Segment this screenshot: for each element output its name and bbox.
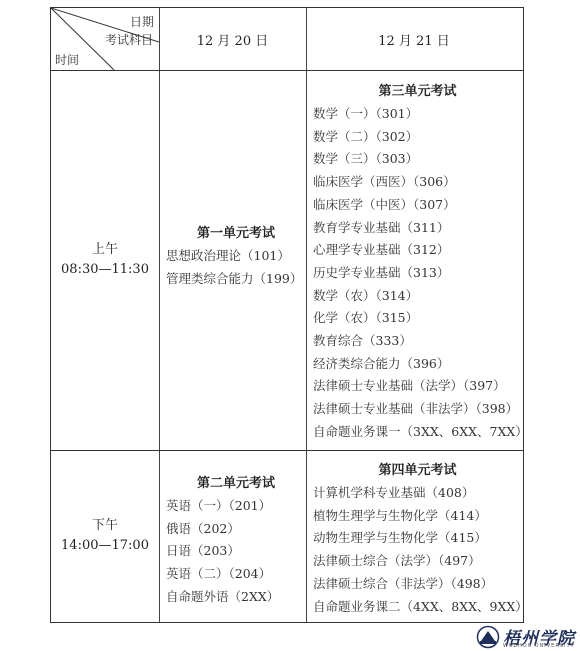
subject-item: 数学（二）（302） xyxy=(313,126,522,149)
subject-item: 自命题业务课一（3XX、6XX、7XX） xyxy=(313,421,522,444)
subject-item: 植物生理学与生物化学（414） xyxy=(313,505,522,528)
unit-title: 第二单元考试 xyxy=(166,473,306,495)
unit-title: 第一单元考试 xyxy=(166,223,306,245)
subject-item: 临床医学（西医）（306） xyxy=(313,171,522,194)
time-range: 14:00—17:00 xyxy=(61,536,149,556)
watermark-subtitle: WUZHOU UNIVERSITY xyxy=(503,643,575,649)
unit-1-cell: 第一单元考试 思想政治理论（101） 管理类综合能力（199） xyxy=(159,223,306,290)
subject-item: 自命题外语（2XX） xyxy=(166,586,306,609)
subject-item: 法律硕士专业基础（非法学）（398） xyxy=(313,398,522,421)
header-date-day2: 12 月 21 日 xyxy=(306,8,522,70)
date-label: 12 月 21 日 xyxy=(378,30,449,49)
subject-item: 数学（农）（314） xyxy=(313,285,522,308)
subject-item: 俄语（202） xyxy=(166,518,306,541)
unit-title: 第四单元考试 xyxy=(313,460,522,482)
time-slot-morning: 上午 08:30—11:30 xyxy=(51,70,159,450)
subject-item: 教育综合（333） xyxy=(313,330,522,353)
subject-item: 数学（三）（303） xyxy=(313,148,522,171)
unit-title: 第三单元考试 xyxy=(313,81,522,103)
time-slot-afternoon: 下午 14:00—17:00 xyxy=(51,450,159,622)
header-date-label: 日期 xyxy=(130,13,154,30)
subject-item: 思想政治理论（101） xyxy=(166,245,306,268)
header-corner-cell: 日期 考试科目 时间 xyxy=(51,8,159,70)
subject-item: 法律硕士综合（非法学）（498） xyxy=(313,573,522,596)
time-range: 08:30—11:30 xyxy=(61,260,149,280)
subject-item: 自命题业务课二（4XX、8XX、9XX） xyxy=(313,596,522,619)
subject-item: 日语（203） xyxy=(166,540,306,563)
header-date-day1: 12 月 20 日 xyxy=(159,8,306,70)
subject-item: 经济类综合能力（396） xyxy=(313,353,522,376)
unit-3-cell: 第三单元考试 数学（一）（301） 数学（二）（302） 数学（三）（303） … xyxy=(306,81,522,444)
subject-item: 数学（一）（301） xyxy=(313,103,522,126)
header-time-label: 时间 xyxy=(55,51,79,68)
subject-item: 化学（农）（315） xyxy=(313,307,522,330)
university-watermark: 梧州学院 WUZHOU UNIVERSITY xyxy=(473,624,578,651)
date-label: 12 月 20 日 xyxy=(197,30,268,49)
subject-item: 动物生理学与生物化学（415） xyxy=(313,527,522,550)
subject-item: 英语（二）（204） xyxy=(166,563,306,586)
header-subject-label: 考试科目 xyxy=(105,31,153,48)
unit-2-cell: 第二单元考试 英语（一）（201） 俄语（202） 日语（203） 英语（二）（… xyxy=(159,473,306,609)
subject-item: 历史学专业基础（313） xyxy=(313,262,522,285)
subject-item: 法律硕士专业基础（法学）（397） xyxy=(313,375,522,398)
period-label: 上午 xyxy=(92,240,118,260)
subject-item: 管理类综合能力（199） xyxy=(166,268,306,291)
subject-item: 教育学专业基础（311） xyxy=(313,217,522,240)
subject-item: 临床医学（中医）（307） xyxy=(313,194,522,217)
university-logo-icon xyxy=(475,625,501,649)
subject-item: 法律硕士综合（法学）（497） xyxy=(313,550,522,573)
subject-item: 计算机学科专业基础（408） xyxy=(313,482,522,505)
period-label: 下午 xyxy=(92,516,118,536)
subject-item: 心理学专业基础（312） xyxy=(313,239,522,262)
unit-4-cell: 第四单元考试 计算机学科专业基础（408） 植物生理学与生物化学（414） 动物… xyxy=(306,460,522,618)
subject-item: 英语（一）（201） xyxy=(166,495,306,518)
exam-schedule-table: 日期 考试科目 时间 12 月 20 日 12 月 21 日 上午 08:30—… xyxy=(50,7,524,623)
